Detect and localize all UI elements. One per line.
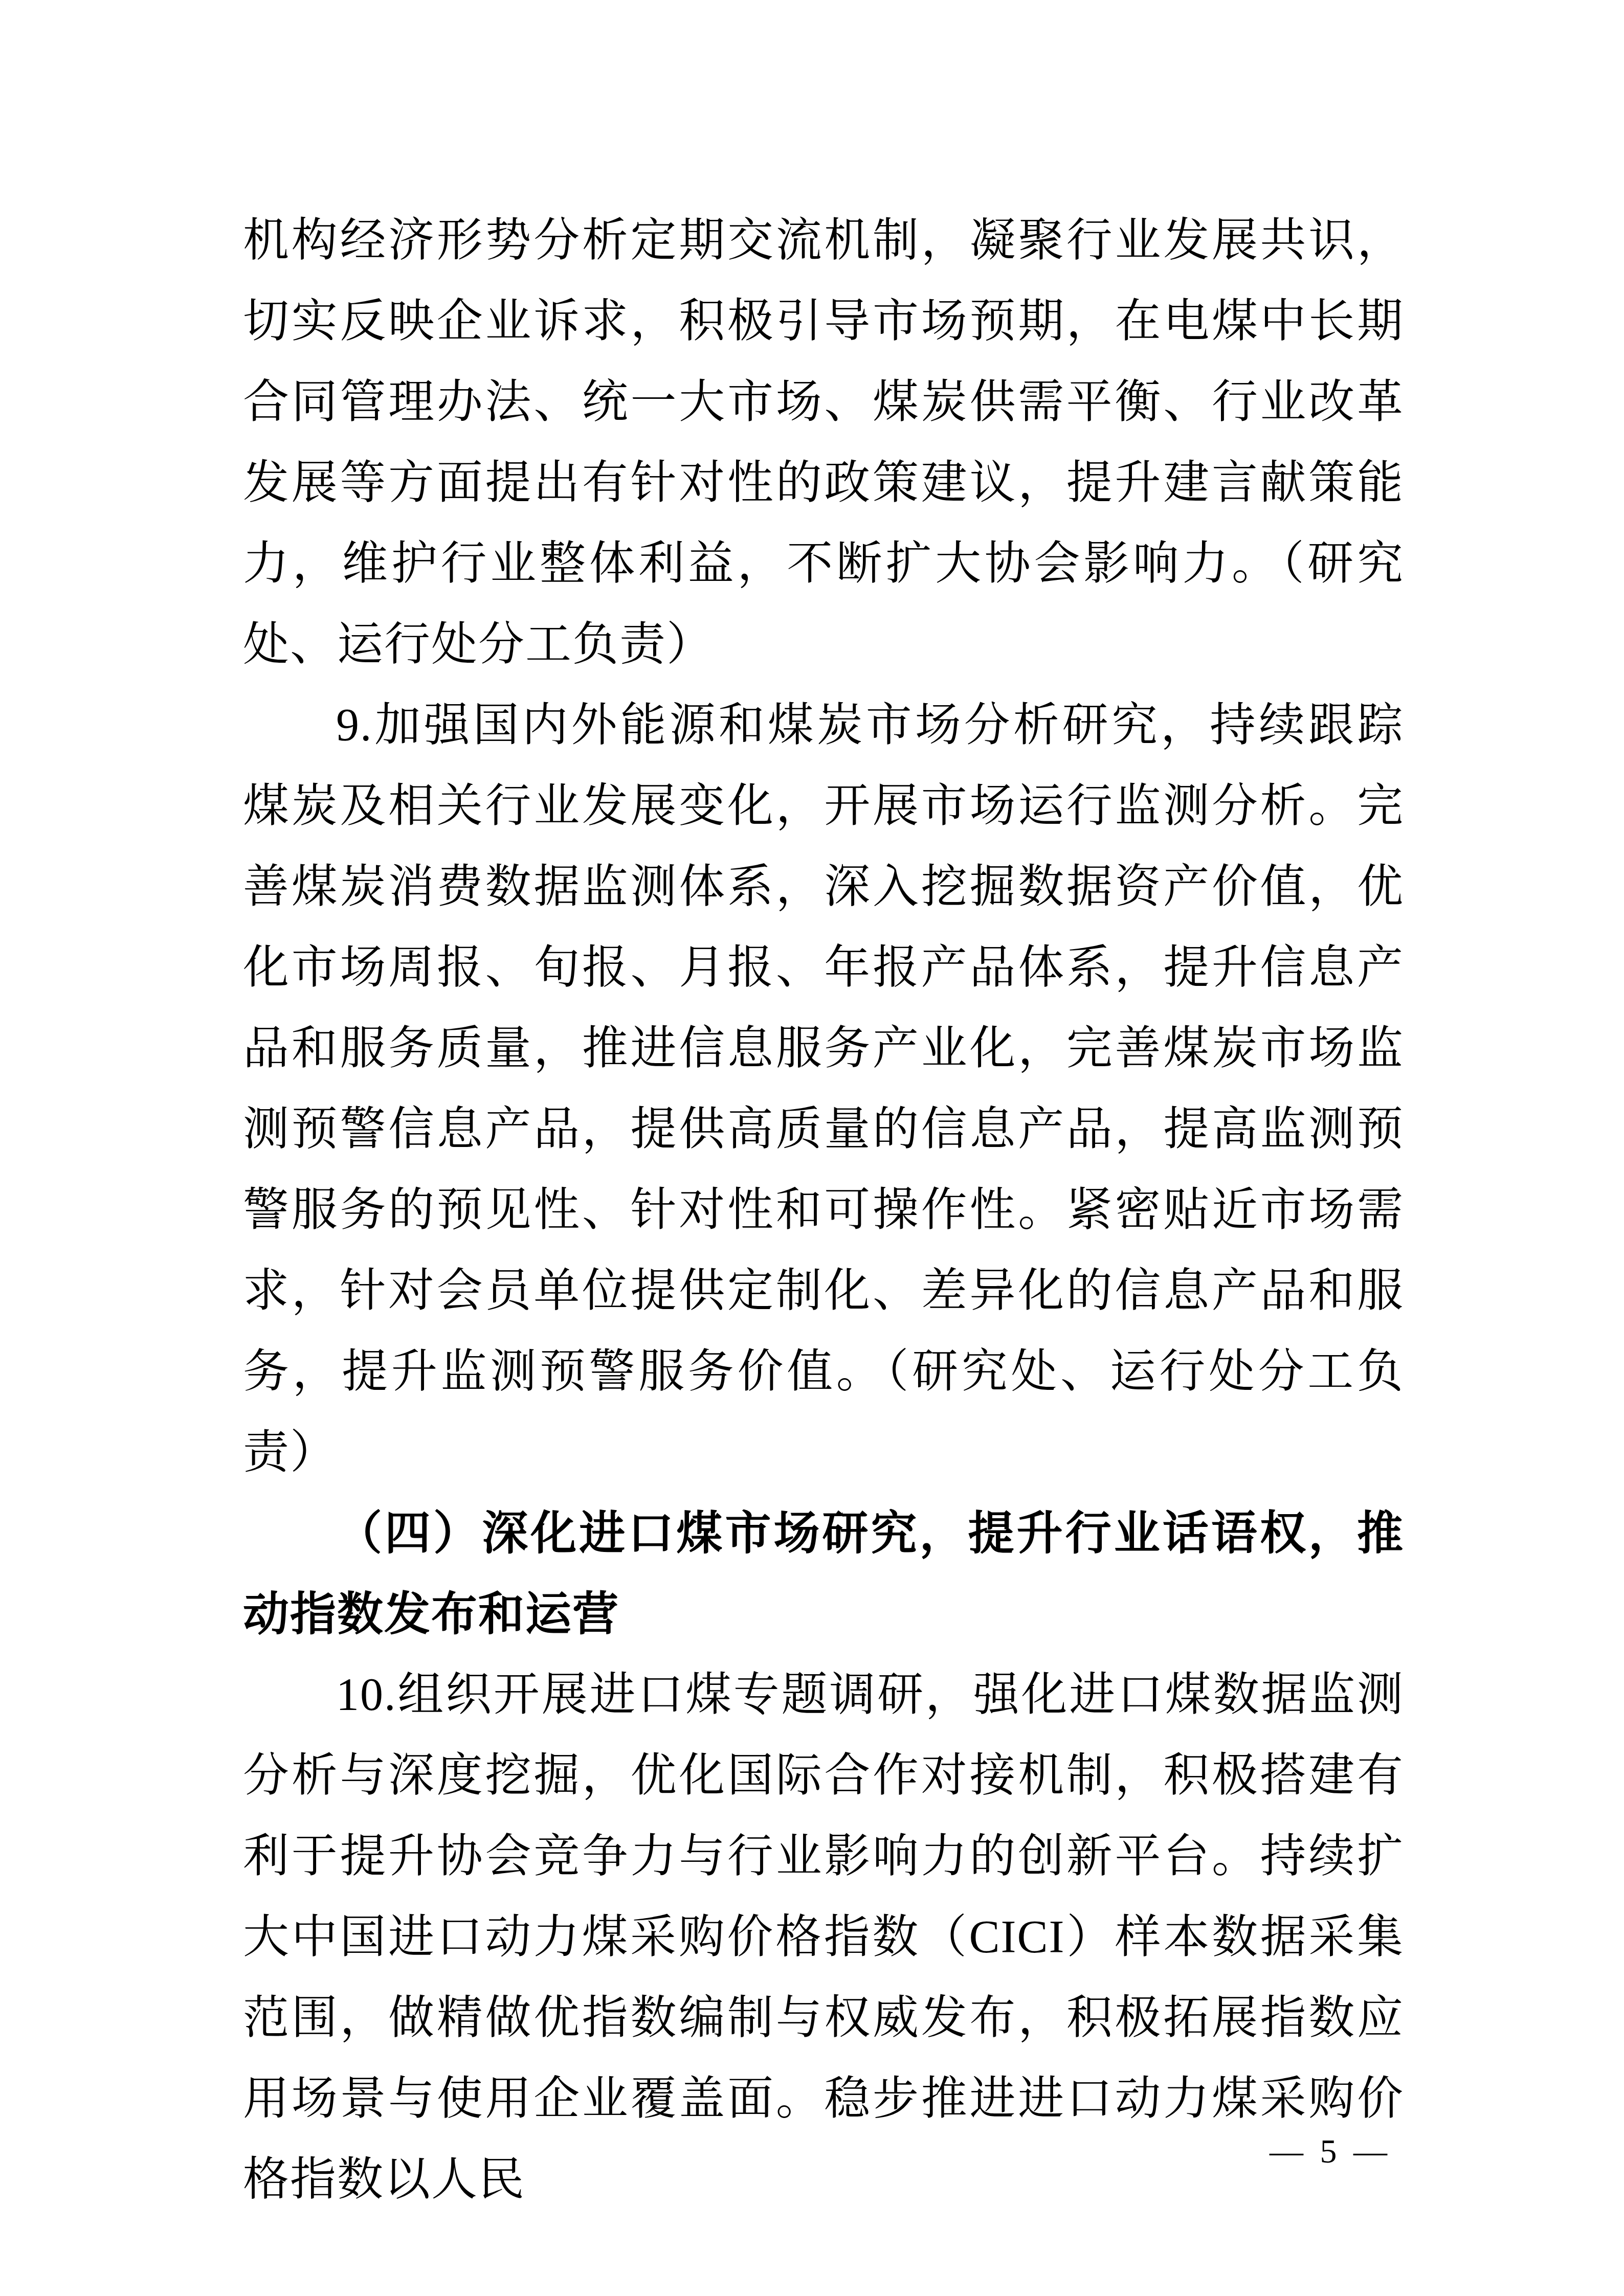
paragraph-item-9: 9.加强国内外能源和煤炭市场分析研究，持续跟踪煤炭及相关行业发展变化，开展市场运…: [243, 685, 1404, 1493]
paragraph-continuation: 机构经济形势分析定期交流机制，凝聚行业发展共识，切实反映企业诉求，积极引导市场预…: [243, 200, 1404, 685]
paragraph-item-10: 10.组织开展进口煤专题调研，强化进口煤数据监测分析与深度挖掘，优化国际合作对接…: [243, 1655, 1404, 2220]
document-body: 机构经济形势分析定期交流机制，凝聚行业发展共识，切实反映企业诉求，积极引导市场预…: [243, 200, 1404, 2220]
page-number: — 5 —: [1270, 2126, 1391, 2177]
document-page: 机构经济形势分析定期交流机制，凝聚行业发展共识，切实反映企业诉求，积极引导市场预…: [0, 0, 1624, 2296]
section-heading: （四）深化进口煤市场研究，提升行业话语权，推动指数发布和运营: [243, 1493, 1404, 1655]
